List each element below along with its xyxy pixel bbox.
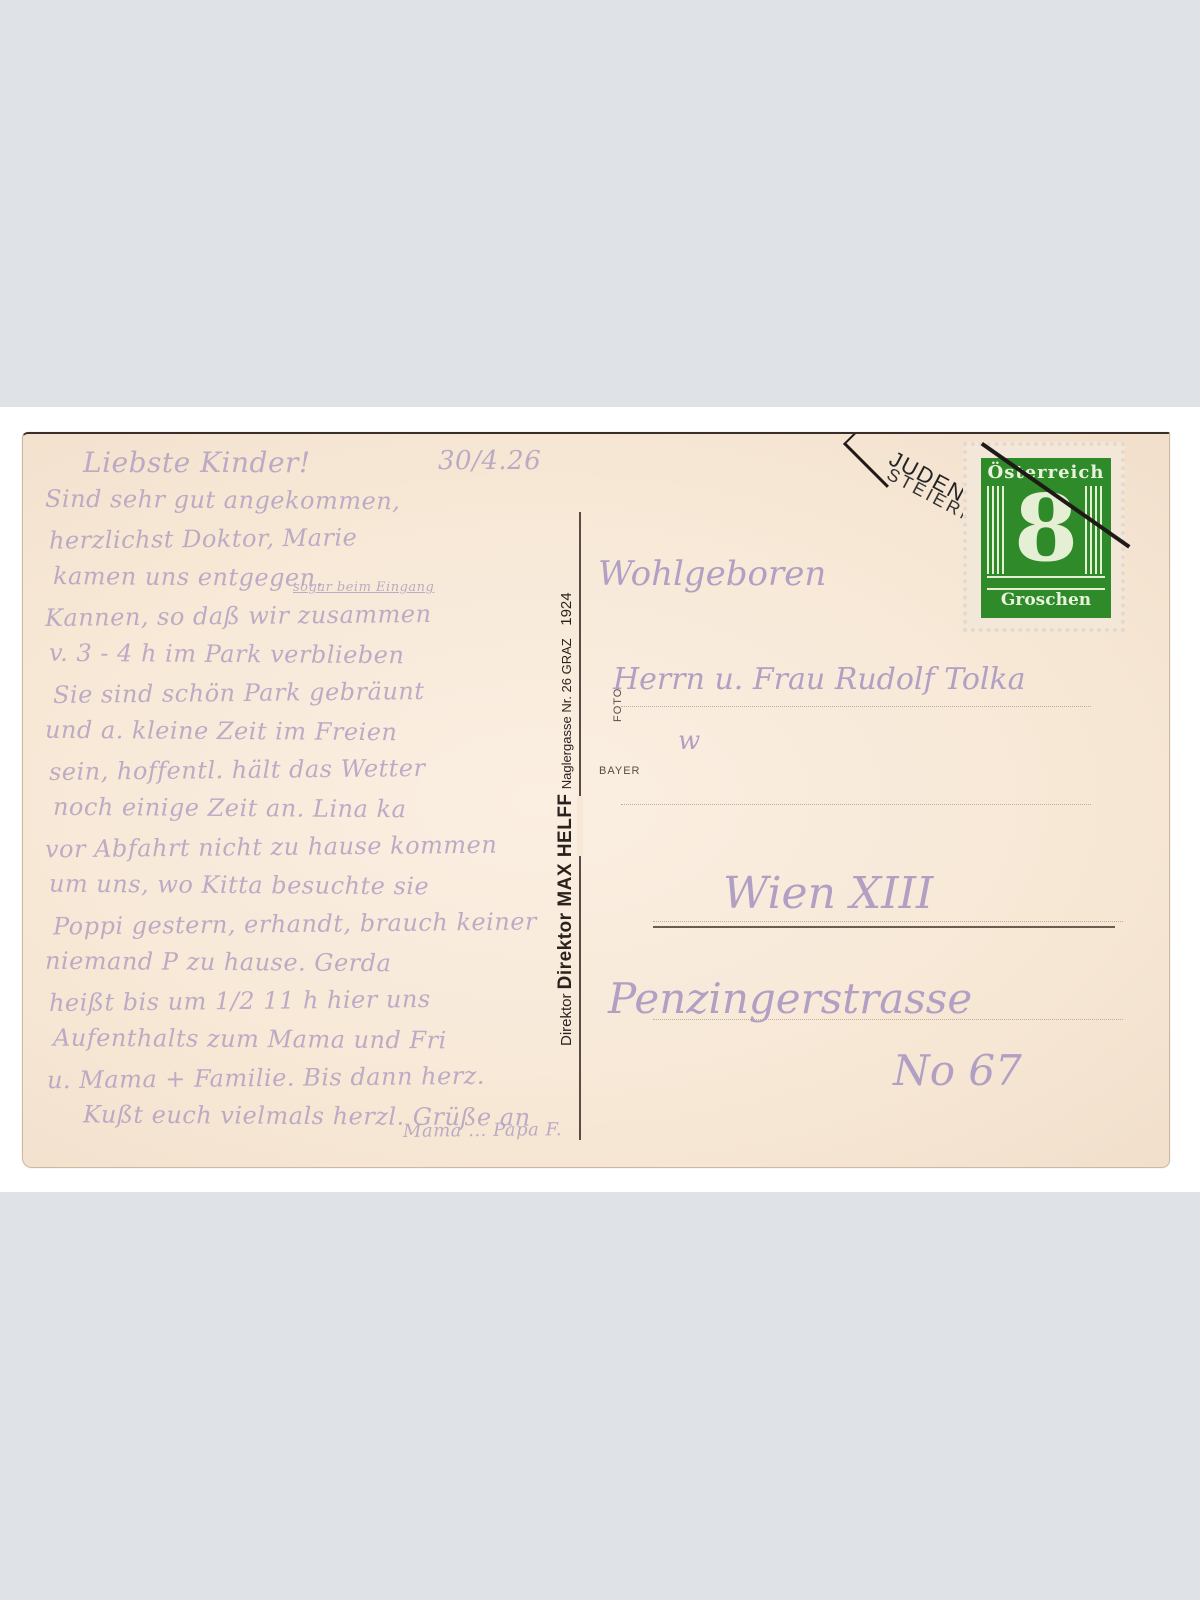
publisher-address: Naglergasse Nr. 26 GRAZ — [559, 638, 574, 789]
stamp-ornament — [987, 576, 1105, 590]
address-street: Penzingerstrasse — [608, 974, 972, 1023]
stamp-design: Österreich 8 Groschen — [981, 458, 1111, 618]
message-line: Sie sind schön Park gebräunt — [53, 677, 425, 709]
address-recipient: Herrn u. Frau Rudolf Tolka — [613, 662, 1026, 697]
postcard-back: Liebste Kinder! 30/4.26 sogar beim Einga… — [22, 432, 1170, 1168]
address-city: Wien XIII — [723, 868, 933, 919]
message-line: niemand P zu hause. Gerda — [45, 947, 392, 977]
stamp-denomination: Groschen — [981, 590, 1111, 610]
message-greeting: Liebste Kinder! — [83, 446, 311, 479]
photo-credit-name: BAYER — [599, 766, 640, 777]
address-line-3 — [653, 921, 1123, 922]
message-line: Aufenthalts zum Mama und Fri — [53, 1024, 447, 1055]
stamp-value: 8 — [981, 478, 1111, 578]
message-line: Sind sehr gut angekommen, — [45, 485, 401, 515]
address-mark: w — [678, 726, 700, 756]
message-line: Mama ... Papa F. — [403, 1119, 562, 1142]
address-number: No 67 — [893, 1046, 1022, 1095]
address-line-1 — [621, 706, 1091, 707]
address-line-4 — [653, 1019, 1123, 1020]
message-line: vor Abfahrt nicht zu hause kommen — [45, 830, 498, 863]
address-line-2 — [621, 804, 1091, 805]
message-line: Poppi gestern, erhandt, brauch keiner — [53, 907, 537, 940]
publisher-name-prefix: Direktor — [558, 989, 575, 1046]
message-line: noch einige Zeit an. Lina ka — [53, 793, 407, 823]
message-line: um uns, wo Kitta besuchte sie — [49, 870, 429, 901]
message-line: sein, hoffentl. hält das Wetter — [49, 754, 426, 786]
message-line: u. Mama + Familie. Bis dann herz. — [47, 1061, 485, 1094]
message-line: Kannen, so daß wir zusammen — [45, 599, 432, 631]
publisher-year: 1924 — [558, 592, 575, 625]
publisher-name: Direktor MAX HELFF — [555, 793, 576, 989]
center-divider — [579, 512, 581, 1140]
address-salutation: Wohlgeboren — [598, 554, 826, 594]
message-line: herzlichst Doktor, Marie — [49, 523, 358, 554]
message-line: heißt bis um 1/2 11 h hier uns — [49, 985, 431, 1017]
postage-stamp: Österreich 8 Groschen — [963, 442, 1125, 632]
publisher-imprint: Direktor Direktor MAX HELFF Naglergasse … — [555, 592, 577, 1046]
message-line: und a. kleine Zeit im Freien — [45, 716, 398, 746]
message-line: kamen uns entgegen. — [53, 562, 324, 592]
address-city-underline — [653, 926, 1115, 928]
message-line: v. 3 - 4 h im Park verblieben — [49, 639, 405, 669]
message-date: 30/4.26 — [438, 446, 541, 476]
